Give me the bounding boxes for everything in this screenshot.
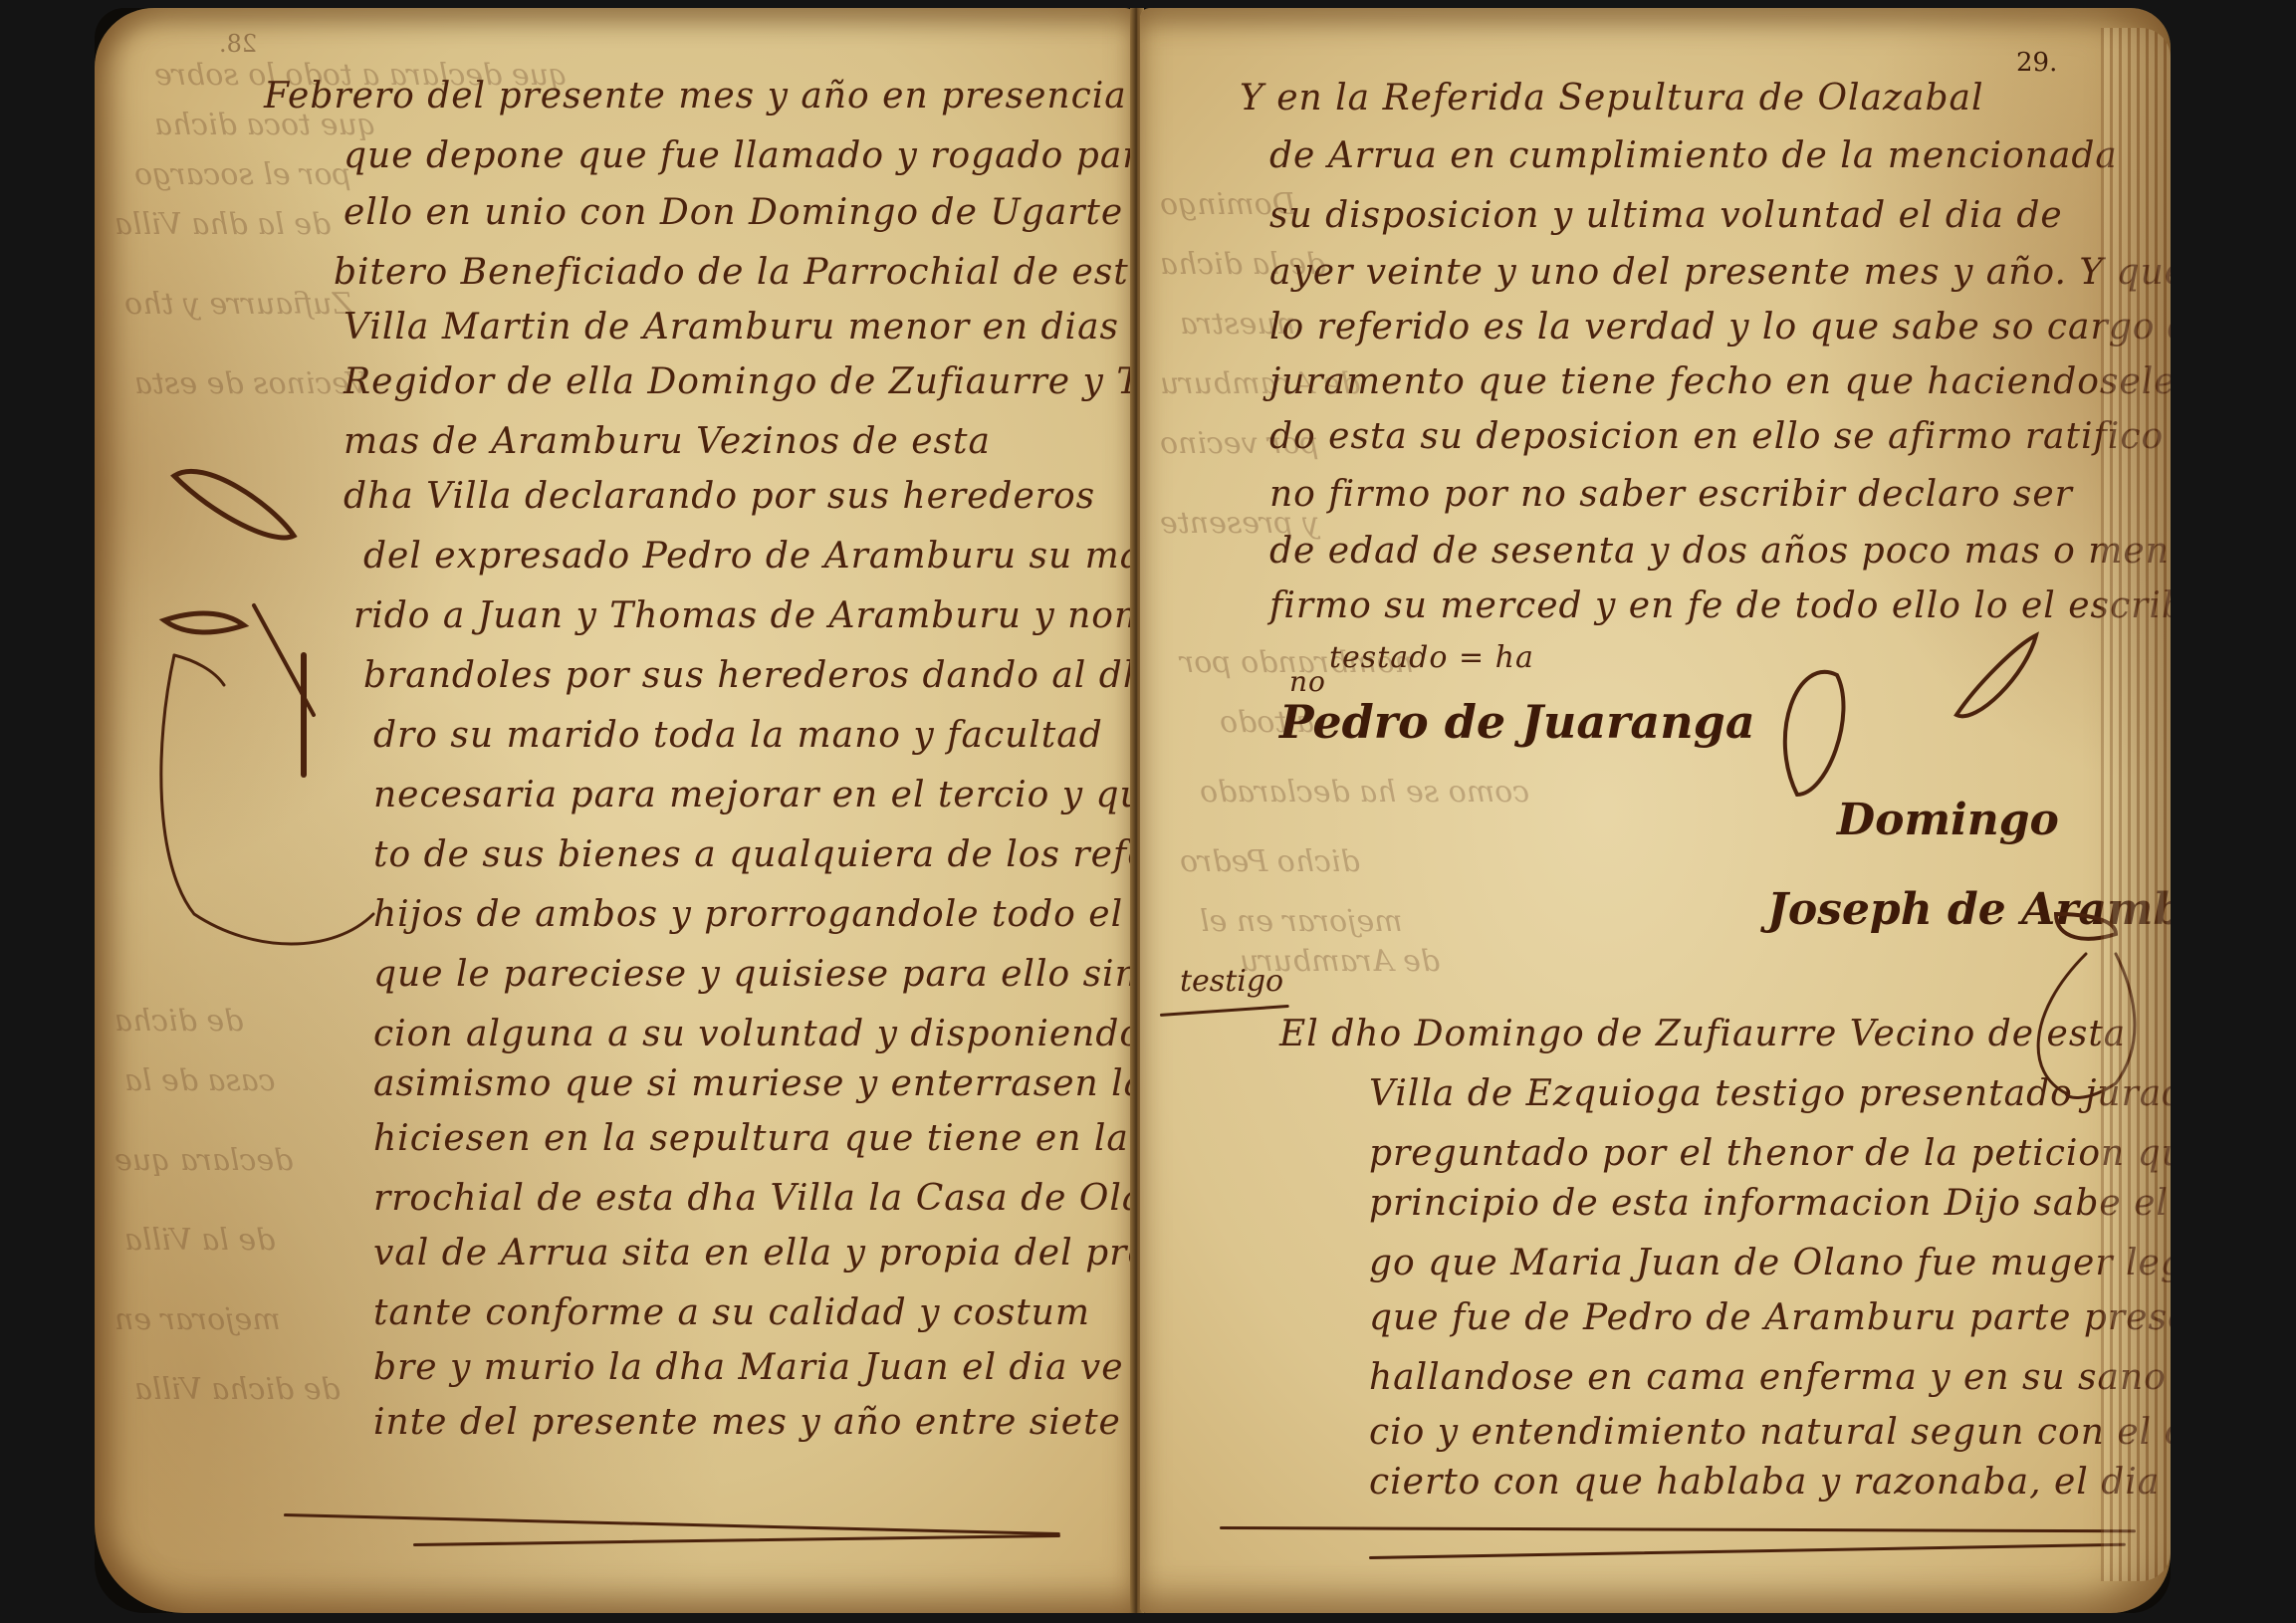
bleed-through-text: Zufiaurre y tho xyxy=(124,287,352,322)
manuscript-line: Villa Martin de Aramburu menor en dias xyxy=(344,307,1119,348)
manuscript-line: hallandose en cama enferma y en su sano … xyxy=(1369,1357,2171,1398)
closing-rule xyxy=(1220,1526,2136,1532)
manuscript-line: hijos de ambos y prorrogandole todo el t… xyxy=(373,894,1135,935)
manuscript-line: brandoles por sus herederos dando al dho… xyxy=(363,655,1135,696)
bleed-through-text: de la dha Villa xyxy=(115,207,331,242)
manuscript-line: cio y entendimiento natural segun con el… xyxy=(1369,1412,2171,1453)
manuscript-line: principio de esta informacion Dijo sabe … xyxy=(1369,1183,2171,1224)
manuscript-line: inte del presente mes y año entre siete … xyxy=(373,1402,1135,1443)
bleed-through-text: como se ha declarado xyxy=(1200,775,1529,810)
left-page: 28. que declara a todo lo sobre que toca… xyxy=(95,8,1135,1613)
manuscript-line: que depone que fue llamado y rogado para xyxy=(344,135,1135,176)
manuscript-line: cierto con que hablaba y razonaba, el di… xyxy=(1369,1462,2171,1503)
manuscript-line: bre y murio la dha Maria Juan el dia ve xyxy=(373,1347,1124,1388)
signature-flourish xyxy=(1757,615,2156,1034)
manuscript-line: bitero Beneficiado de la Parrochial de e… xyxy=(334,252,1135,293)
manuscript-line: rido a Juan y Thomas de Aramburu y nom xyxy=(353,595,1135,636)
bleed-through-text: mejorar en el xyxy=(1200,904,1403,939)
manuscript-line: dro su marido toda la mano y facultad xyxy=(373,715,1103,756)
manuscript-line: ello en unio con Don Domingo de Ugarte P… xyxy=(344,192,1135,233)
signature-flourish xyxy=(134,446,393,964)
closing-rule xyxy=(1369,1543,2126,1559)
manuscript-line: Villa de Ezquioga testigo presentado jur… xyxy=(1369,1073,2171,1114)
manuscript-line: de Arrua en cumplimiento de la mencionad… xyxy=(1269,135,2118,176)
manuscript-line: no firmo por no saber escribir declaro s… xyxy=(1269,474,2073,515)
manuscript-line: Regidor de ella Domingo de Zufiaurre y T… xyxy=(344,361,1135,402)
testado-note: no xyxy=(1289,665,1326,698)
manuscript-line: asimismo que si muriese y enterrasen la xyxy=(373,1063,1135,1104)
manuscript-line: val de Arrua sita en ella y propia del p… xyxy=(373,1233,1135,1274)
manuscript-line: que le pareciese y quisiese para ello si… xyxy=(373,954,1135,995)
manuscript-line: hiciesen en la sepultura que tiene en la… xyxy=(373,1118,1135,1159)
manuscript-line: que fue de Pedro de Aramburu parte prese… xyxy=(1369,1297,2171,1338)
manuscript-line: to de sus bienes a qualquiera de los ref… xyxy=(373,834,1135,875)
bleed-through-text: de la Villa xyxy=(124,1223,275,1258)
bleed-through-text: de dicha xyxy=(115,1004,243,1039)
manuscript-line: Y en la Referida Sepultura de Olazabal xyxy=(1240,78,1984,118)
manuscript-line: mas de Aramburu Vezinos de esta xyxy=(344,421,991,462)
right-folio-number: 29. xyxy=(2016,48,2057,78)
manuscript-photo: 28. que declara a todo lo sobre que toca… xyxy=(0,0,2296,1623)
manuscript-line: del expresado Pedro de Aramburu su ma xyxy=(363,536,1135,577)
manuscript-line: El dho Domingo de Zufiaurre Vecino de es… xyxy=(1279,1014,2126,1054)
signature-pedro: Pedro de Juaranga xyxy=(1279,695,1755,749)
bleed-through-text: Vecinos de esta xyxy=(134,366,368,401)
bleed-through-text: por el socargo xyxy=(134,157,351,192)
open-book: 28. que declara a todo lo sobre que toca… xyxy=(95,8,2171,1613)
manuscript-line: ayer veinte y uno del presente mes y año… xyxy=(1269,252,2171,293)
manuscript-line: tante conforme a su calidad y costum xyxy=(373,1292,1090,1333)
manuscript-line: rrochial de esta dha Villa la Casa de Ol… xyxy=(373,1178,1135,1219)
manuscript-line: go que Maria Juan de Olano fue muger leg… xyxy=(1369,1243,2171,1283)
manuscript-line: de edad de sesenta y dos años poco mas o… xyxy=(1269,531,2171,572)
bleed-through-text: dicho Pedro xyxy=(1180,844,1360,879)
right-page: 29. Domingo de la dicha nuestra de Aramb… xyxy=(1140,8,2171,1613)
manuscript-line: necesaria para mejorar en el tercio y qu… xyxy=(373,775,1135,815)
bleed-through-text: mejorar en xyxy=(115,1302,281,1337)
closing-rule xyxy=(413,1534,1060,1546)
manuscript-line: cion alguna a su voluntad y disponiendo xyxy=(373,1014,1135,1054)
margin-label-testigo: testigo xyxy=(1180,964,1283,999)
manuscript-line: su disposicion y ultima voluntad el dia … xyxy=(1269,195,2063,236)
closing-rule xyxy=(284,1513,1060,1535)
manuscript-line: lo referido es la verdad y lo que sabe s… xyxy=(1269,307,2171,348)
manuscript-line: dha Villa declarando por sus herederos xyxy=(344,476,1095,517)
manuscript-line: do esta su deposicion en ello se afirmo … xyxy=(1269,416,2171,457)
manuscript-line: Febrero del presente mes y año en presen… xyxy=(264,76,1135,116)
bleed-through-text: casa de la xyxy=(124,1063,275,1098)
manuscript-line: preguntado por el thenor de la peticion … xyxy=(1369,1133,2171,1174)
bleed-through-text: declara que xyxy=(115,1143,293,1178)
left-folio-number: 28. xyxy=(219,30,257,58)
page-edge-stack xyxy=(2101,28,2171,1581)
bleed-through-text: de dicha Villa xyxy=(134,1372,341,1407)
manuscript-line: juramento que tiene fecho en que haciend… xyxy=(1269,361,2171,402)
margin-rule xyxy=(1160,1005,1289,1017)
testado-note: testado = ha xyxy=(1329,640,1534,675)
